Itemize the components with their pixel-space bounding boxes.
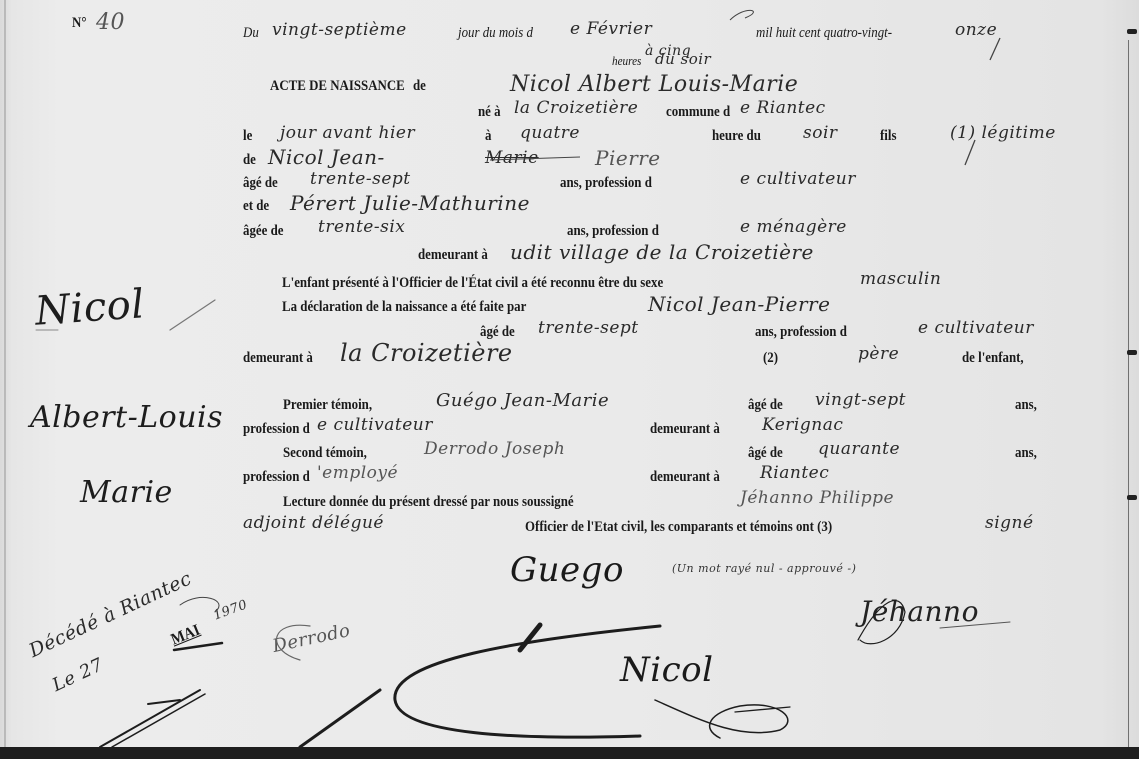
first-witness-profession: e cultivateur xyxy=(317,415,433,435)
child-name: Nicol Albert Louis-Marie xyxy=(510,72,798,97)
margin-surname: Nicol xyxy=(34,281,147,335)
father-name: Nicol Jean- xyxy=(268,145,385,169)
printed-text: heure du xyxy=(712,128,761,145)
signed-note: signé xyxy=(985,513,1034,533)
printed-text: demeurant à xyxy=(243,350,313,367)
second-witness-name: Derrodo Joseph xyxy=(424,439,565,459)
signature-witness1: Guego xyxy=(510,550,624,590)
printed-text: La déclaration de la naissance a été fai… xyxy=(282,299,526,316)
signature-witness2: Derrodo xyxy=(271,620,353,657)
printed-text: Du xyxy=(243,25,259,42)
printed-text: ans, profession d xyxy=(755,324,847,341)
printed-text: Lecture donnée du présent dressé par nou… xyxy=(283,494,574,511)
printed-text: Officier de l'Etat civil, les comparants… xyxy=(525,519,832,536)
printed-text: demeurant à xyxy=(650,421,720,438)
officer-name: Jéhanno Philippe xyxy=(740,488,894,508)
death-note-line2: Le 27 xyxy=(49,654,107,696)
first-witness-name: Guégo Jean-Marie xyxy=(436,390,609,411)
legitimacy: (1) légitime xyxy=(950,123,1056,143)
birth-place: la Croizetière xyxy=(514,98,638,118)
second-witness-profession: 'employé xyxy=(317,463,398,483)
printed-text: de xyxy=(413,78,426,95)
declarant-relation: père xyxy=(858,344,899,364)
approval-note: (Un mot rayé nul - approuvé -) xyxy=(672,562,856,575)
printed-text: L'enfant présenté à l'Officier de l'État… xyxy=(282,275,663,292)
printed-text: profession d xyxy=(243,421,310,438)
first-witness-age: vingt-sept xyxy=(815,390,906,410)
declarant-name: Nicol Jean-Pierre xyxy=(648,292,830,316)
signature-officer: Jéhanno xyxy=(860,595,979,628)
declarant-age: trente-sept xyxy=(538,318,639,338)
entry-number-label: N° xyxy=(72,15,86,32)
page-right-border xyxy=(1128,40,1129,747)
printed-text: à xyxy=(485,128,491,145)
death-note-year: 1970 xyxy=(211,597,249,623)
printed-text: âgé de xyxy=(243,175,278,192)
commune: e Riantec xyxy=(740,98,826,118)
officer-role: adjoint délégué xyxy=(243,513,384,533)
birth-hour: quatre xyxy=(520,123,580,143)
printed-text: de xyxy=(243,152,256,169)
printed-text: âgé de xyxy=(748,445,783,462)
father-age: trente-sept xyxy=(310,169,411,189)
handwritten-month: e Février xyxy=(570,19,652,39)
printed-text: âgée de xyxy=(243,223,283,240)
printed-text: né à xyxy=(478,104,501,121)
handwritten-year: onze xyxy=(955,20,997,40)
printed-text: ans, profession d xyxy=(560,175,652,192)
margin-mark xyxy=(1127,495,1137,500)
first-witness-residence: Kerignac xyxy=(762,415,843,435)
margin-mark xyxy=(1127,29,1137,34)
mother-name: Pérert Julie-Mathurine xyxy=(290,191,530,215)
printed-text: ans, profession d xyxy=(567,223,659,240)
printed-text: fils xyxy=(880,128,896,145)
printed-text: mil huit cent quatro-vingt- xyxy=(756,25,892,42)
printed-text: et de xyxy=(243,198,269,215)
handwritten-time-of-day: du soir xyxy=(655,50,711,68)
printed-text: demeurant à xyxy=(418,247,488,264)
printed-text: jour du mois d xyxy=(458,25,533,42)
entry-number: 40 xyxy=(96,10,125,35)
signature-declarant: Nicol xyxy=(620,650,714,690)
handwritten-day: vingt-septième xyxy=(272,20,407,40)
declarant-profession: e cultivateur xyxy=(918,318,1034,338)
printed-text: ans, xyxy=(1015,445,1037,462)
second-witness-residence: Riantec xyxy=(760,463,829,483)
register-page: N° 40 Nicol Albert-Louis Marie Décédé à … xyxy=(0,0,1139,747)
death-note-line1: Décédé à Riantec xyxy=(26,567,195,662)
declarant-residence: la Croizetière xyxy=(340,339,513,367)
act-title: ACTE DE NAISSANCE xyxy=(270,78,405,95)
mother-profession: e ménagère xyxy=(740,217,847,237)
viewer-bottom-bar xyxy=(0,747,1139,759)
printed-text: profession d xyxy=(243,469,310,486)
printed-text: commune d xyxy=(666,104,730,121)
father-name-struck: Marie xyxy=(485,148,539,168)
printed-text: Second témoin, xyxy=(283,445,367,462)
page-left-border xyxy=(4,0,6,747)
printed-text: ans, xyxy=(1015,397,1037,414)
printed-text: de l'enfant, xyxy=(962,350,1024,367)
margin-mark xyxy=(1127,350,1137,355)
father-name-end: Pierre xyxy=(595,146,661,170)
printed-text: heures xyxy=(612,53,641,69)
printed-text: Premier témoin, xyxy=(283,397,372,414)
birth-day: jour avant hier xyxy=(280,123,415,143)
printed-text: (2) xyxy=(763,350,778,367)
father-profession: e cultivateur xyxy=(740,169,856,189)
child-sex: masculin xyxy=(860,269,941,289)
margin-given-names-1: Albert-Louis xyxy=(30,400,223,435)
mother-age: trente-six xyxy=(318,217,405,237)
second-witness-age: quarante xyxy=(818,439,900,459)
printed-text: âgé de xyxy=(748,397,783,414)
margin-given-names-2: Marie xyxy=(80,475,173,510)
printed-text: demeurant à xyxy=(650,469,720,486)
death-note-month-stamp: MAI xyxy=(169,622,203,650)
parents-residence: udit village de la Croizetière xyxy=(510,240,814,264)
printed-text: le xyxy=(243,128,252,145)
birth-time-of-day: soir xyxy=(803,123,838,143)
